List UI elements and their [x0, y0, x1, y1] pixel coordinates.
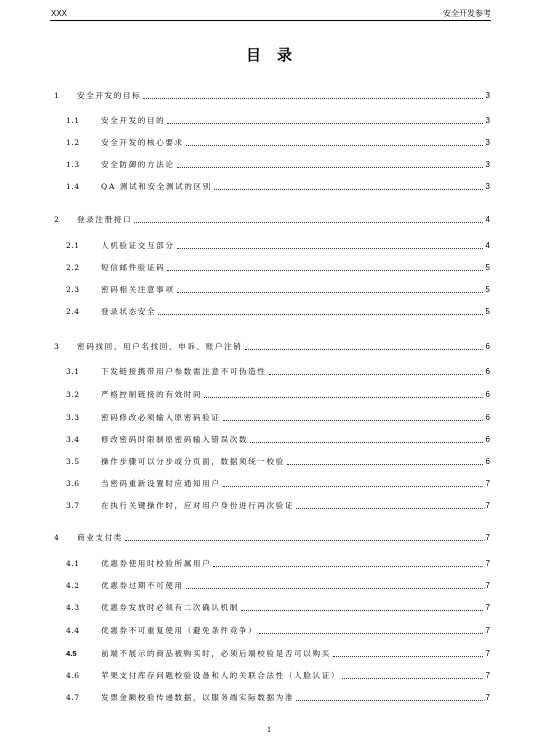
toc-entry-4-4[interactable]: 4.4 优惠券不可重复使用（避免条件竞争） 7 [50, 625, 491, 637]
dot-leader [223, 478, 483, 487]
toc-entry-number: 4 [50, 532, 77, 544]
dot-leader [269, 366, 483, 375]
toc-entry-title: 前端不展示的商品被购买时，必须后端校验是否可以购买 [101, 648, 331, 660]
toc-title: 目录 [0, 44, 538, 65]
dot-leader [177, 284, 483, 293]
toc-entry-number: 2.3 [50, 284, 101, 296]
dot-leader [167, 115, 482, 124]
toc-entry-title: 安全开发的核心要求 [101, 137, 184, 149]
toc-entry-page: 7 [486, 670, 491, 682]
toc-entry-number: 2.2 [50, 262, 101, 274]
toc-entry-2-1[interactable]: 2.1 人机验证交互部分 4 [50, 240, 491, 252]
toc-entry-number: 4.2 [50, 580, 101, 592]
toc-entry-title: 人机验证交互部分 [101, 240, 175, 252]
dot-leader [333, 648, 483, 657]
toc-entry-2-4[interactable]: 2.4 登录状态安全 5 [50, 306, 491, 318]
toc-entry-page: 6 [486, 434, 491, 446]
dot-leader [287, 456, 483, 465]
toc-entry-page: 3 [486, 137, 491, 149]
toc-entry-1-1[interactable]: 1.1 安全开发的目的 3 [50, 115, 491, 127]
toc-entry-number: 3.1 [50, 366, 101, 378]
toc-entry-title: 优惠券使用时校验所属用户 [101, 558, 211, 570]
toc-entry-3-7[interactable]: 3.7 在执行关键操作时，应对用户身份进行再次验证 7 [50, 500, 491, 512]
toc-entry-number: 1.4 [50, 181, 101, 193]
dot-leader [186, 137, 483, 146]
dot-leader [125, 532, 483, 541]
toc-entry-title: 安全开发的目的 [101, 115, 165, 127]
page-number: 1 [0, 725, 538, 734]
dot-leader [213, 558, 482, 567]
toc-entry-1-2[interactable]: 1.2 安全开发的核心要求 3 [50, 137, 491, 149]
toc-entry-2-2[interactable]: 2.2 短信邮件验证码 5 [50, 262, 491, 274]
toc-entry-page: 4 [486, 214, 491, 226]
header-left-text: XXX [51, 8, 67, 19]
toc-entry-number: 4.6 [50, 670, 101, 682]
toc-entry-number: 1.3 [50, 159, 101, 171]
toc-entry-title: 当密码重新设置时应通知用户 [101, 478, 221, 490]
toc-entry-title: 密码找回、用户名找回、申诉、账户注销 [77, 341, 243, 353]
dot-leader [134, 214, 482, 223]
toc-entry-1-4[interactable]: 1.4 QA 测试和安全测试的区别 3 [50, 181, 491, 193]
toc-entry-4-5[interactable]: 4.5 前端不展示的商品被购买时，必须后端校验是否可以购买 7 [50, 648, 491, 660]
dot-leader [177, 240, 483, 249]
toc-entry-title: 优惠券发放时必须有二次确认机制 [101, 602, 239, 614]
toc-entry-4-7[interactable]: 4.7 发票金额校验传递数据，以服务端实际数据为准 7 [50, 692, 491, 704]
toc-entry-3-4[interactable]: 3.4 修改密码时限制原密码输入错误次数 6 [50, 434, 491, 446]
toc-entry-title: 修改密码时限制原密码输入错误次数 [101, 434, 248, 446]
toc-entry-2[interactable]: 2 登录注册接口 4 [50, 214, 491, 226]
toc-entry-3-5[interactable]: 3.5 操作步骤可以分步或分页面，数据须统一校验 6 [50, 456, 491, 468]
toc-entry-number: 4.7 [50, 692, 101, 704]
dot-leader [143, 90, 482, 99]
toc-entry-4[interactable]: 4 商业支付类 7 [50, 532, 491, 544]
toc-entry-1[interactable]: 1 安全开发的目标 3 [50, 90, 491, 102]
toc-entry-page: 7 [486, 580, 491, 592]
toc-entry-number: 3.5 [50, 456, 101, 468]
toc-entry-title: QA 测试和安全测试的区别 [101, 181, 212, 193]
toc-entry-title: 操作步骤可以分步或分页面，数据须统一校验 [101, 456, 285, 468]
toc-entry-title: 发票金额校验传递数据，以服务端实际数据为准 [101, 692, 294, 704]
dot-leader [342, 670, 483, 679]
dot-leader [158, 306, 482, 315]
toc-entry-title: 密码相关注意事项 [101, 284, 175, 296]
toc-entry-page: 6 [486, 389, 491, 401]
dot-leader [245, 341, 483, 350]
toc-entry-3[interactable]: 3 密码找回、用户名找回、申诉、账户注销 6 [50, 341, 491, 353]
toc-entry-title: 优惠券不可重复使用（避免条件竞争） [101, 625, 257, 637]
dot-leader [250, 434, 482, 443]
toc-entry-page: 7 [486, 692, 491, 704]
toc-entry-page: 7 [486, 500, 491, 512]
toc-entry-3-1[interactable]: 3.1 下发链接携带用户参数需注意不可伪造性 6 [50, 366, 491, 378]
toc-entry-page: 5 [486, 284, 491, 296]
toc-entry-number: 4.3 [50, 602, 101, 614]
header-right-text: 安全开发参考 [443, 8, 491, 19]
toc-entry-page: 7 [486, 648, 491, 660]
toc-entry-page: 7 [486, 558, 491, 570]
toc-entry-title: 商业支付类 [77, 532, 123, 544]
toc-entry-number: 1 [50, 90, 77, 102]
toc-entry-3-3[interactable]: 3.3 密码修改必须输入原密码验证 6 [50, 412, 491, 424]
toc-entry-title: 登录状态安全 [101, 306, 156, 318]
toc-entry-page: 6 [486, 341, 491, 353]
toc-entry-title: 苹果支付库存问题校验设备和人的关联合法性（人脸认证） [101, 670, 340, 682]
dot-leader [241, 602, 483, 611]
toc-entry-number: 2 [50, 214, 77, 226]
toc-entry-number: 4.4 [50, 625, 101, 637]
toc-entry-1-3[interactable]: 1.3 安全防御的方法论 3 [50, 159, 491, 171]
toc-entry-title: 下发链接携带用户参数需注意不可伪造性 [101, 366, 267, 378]
toc-entry-4-1[interactable]: 4.1 优惠券使用时校验所属用户 7 [50, 558, 491, 570]
toc-entry-page: 3 [486, 181, 491, 193]
toc-entry-page: 7 [486, 532, 491, 544]
toc-entry-title: 安全开发的目标 [77, 90, 141, 102]
toc-entry-page: 5 [486, 306, 491, 318]
toc-entry-number: 3.3 [50, 412, 101, 424]
toc-entry-page: 3 [486, 115, 491, 127]
toc-entry-page: 3 [486, 159, 491, 171]
toc-entry-3-6[interactable]: 3.6 当密码重新设置时应通知用户 7 [50, 478, 491, 490]
toc-entry-number: 3.4 [50, 434, 101, 446]
toc-entry-page: 4 [486, 240, 491, 252]
toc-entry-page: 6 [486, 366, 491, 378]
toc-entry-title: 短信邮件验证码 [101, 262, 165, 274]
dot-leader [204, 389, 482, 398]
toc-entry-page: 7 [486, 602, 491, 614]
dot-leader [223, 412, 483, 421]
toc-entry-title: 优惠券过期不可使用 [101, 580, 184, 592]
toc-entry-4-2[interactable]: 4.2 优惠券过期不可使用 7 [50, 580, 491, 592]
toc-entry-title: 密码修改必须输入原密码验证 [101, 412, 221, 424]
toc-entry-number: 1.1 [50, 115, 101, 127]
dot-leader [296, 692, 482, 701]
toc-entry-title: 在执行关键操作时，应对用户身份进行再次验证 [101, 500, 294, 512]
toc-entry-page: 7 [486, 625, 491, 637]
toc-entry-number: 4.5 [50, 648, 101, 660]
toc-entry-number: 3.6 [50, 478, 101, 490]
dot-leader [186, 580, 483, 589]
toc-entry-title: 登录注册接口 [77, 214, 132, 226]
toc-entry-4-6[interactable]: 4.6 苹果支付库存问题校验设备和人的关联合法性（人脸认证） 7 [50, 670, 491, 682]
toc-entry-page: 6 [486, 412, 491, 424]
toc-entry-number: 3.2 [50, 389, 101, 401]
toc-entry-number: 2.4 [50, 306, 101, 318]
toc-entry-page: 7 [486, 478, 491, 490]
toc-entry-page: 5 [486, 262, 491, 274]
toc-entry-3-2[interactable]: 3.2 严格控制链接的有效时间 6 [50, 389, 491, 401]
toc-entry-2-3[interactable]: 2.3 密码相关注意事项 5 [50, 284, 491, 296]
toc-entry-number: 3.7 [50, 500, 101, 512]
toc-entry-title: 安全防御的方法论 [101, 159, 175, 171]
dot-leader [296, 500, 482, 509]
toc-entry-4-3[interactable]: 4.3 优惠券发放时必须有二次确认机制 7 [50, 602, 491, 614]
toc-entry-page: 3 [486, 90, 491, 102]
toc-entry-title: 严格控制链接的有效时间 [101, 389, 202, 401]
toc-entry-number: 4.1 [50, 558, 101, 570]
dot-leader [167, 262, 482, 271]
toc-entry-page: 6 [486, 456, 491, 468]
toc-entry-number: 2.1 [50, 240, 101, 252]
dot-leader [214, 181, 483, 190]
dot-leader [259, 625, 482, 634]
page-header: XXX 安全开发参考 [50, 8, 491, 21]
toc-entry-number: 3 [50, 341, 77, 353]
toc-entry-number: 1.2 [50, 137, 101, 149]
dot-leader [177, 159, 483, 168]
